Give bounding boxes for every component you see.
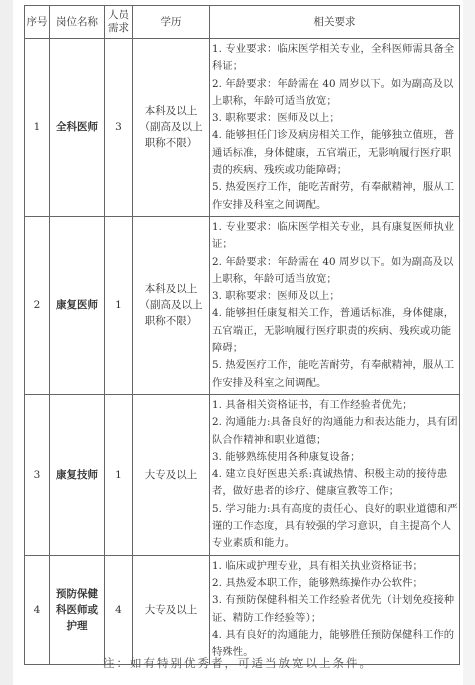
requirement-item: 1. 临床或护理专业，具有相关执业资格证书； xyxy=(212,558,458,575)
requirement-item: 2. 具热爱本职工作，能够熟练操作办公软件； xyxy=(212,575,458,592)
cell-requirements: 1. 专业要求：临床医学相关专业，具有康复医师执业证； 2. 年龄要求：年龄需在… xyxy=(210,216,460,394)
header-position: 岗位名称 xyxy=(50,6,105,39)
requirement-item: 4. 能够担任门诊及病房相关工作，能够独立值班，普通话标准，身体健康，五官端正，… xyxy=(212,127,458,179)
document-page: 序号 岗位名称 人员需求 学历 相关要求 1 全科医师 3 本科及以上（副高及以… xyxy=(13,0,463,685)
cell-position: 康复技师 xyxy=(50,394,105,555)
table-row: 1 全科医师 3 本科及以上（副高及以上职称不限） 1. 专业要求：临床医学相关… xyxy=(25,39,460,217)
cell-index: 4 xyxy=(25,555,50,664)
requirement-item: 3. 职称要求：医师及以上； xyxy=(212,110,458,127)
cell-index: 1 xyxy=(25,39,50,217)
requirement-item: 3. 职称要求：医师及以上； xyxy=(212,288,458,305)
cell-headcount: 4 xyxy=(105,555,133,664)
cell-position: 康复医师 xyxy=(50,216,105,394)
cell-education: 大专及以上 xyxy=(133,555,210,664)
cell-headcount: 1 xyxy=(105,216,133,394)
table-row: 3 康复技师 1 大专及以上 1. 具备相关资格证书，有工作经验者优先； 2. … xyxy=(25,394,460,555)
requirement-item: 5. 学习能力:具有高度的责任心、良好的职业道德和严谨的工作态度，具有较强的学习… xyxy=(212,501,458,553)
table-row: 4 预防保健科医师或护理 4 大专及以上 1. 临床或护理专业，具有相关执业资格… xyxy=(25,555,460,664)
header-education: 学历 xyxy=(133,6,210,39)
requirement-item: 2. 沟通能力:具备良好的沟通能力和表达能力，具有团队合作精神和职业道德； xyxy=(212,414,458,449)
requirement-item: 5. 热爱医疗工作，能吃苦耐劳，有奉献精神，服从工作安排及科室之间调配。 xyxy=(212,357,458,392)
table-header-row: 序号 岗位名称 人员需求 学历 相关要求 xyxy=(25,6,460,39)
cell-requirements: 1. 临床或护理专业，具有相关执业资格证书； 2. 具热爱本职工作，能够熟练操作… xyxy=(210,555,460,664)
cell-education: 本科及以上（副高及以上职称不限） xyxy=(133,216,210,394)
requirement-item: 3. 能够熟练使用各种康复设备； xyxy=(212,449,458,466)
cell-headcount: 1 xyxy=(105,394,133,555)
requirement-item: 2. 年龄要求：年龄需在 40 周岁以下。如为副高及以上职称，年龄可适当放宽； xyxy=(212,254,458,289)
requirement-item: 1. 具备相关资格证书，有工作经验者优先； xyxy=(212,397,458,414)
cell-requirements: 1. 专业要求：临床医学相关专业，全科医师需具备全科证； 2. 年龄要求：年龄需… xyxy=(210,39,460,217)
footnote: 注：如有特别优秀者，可适当放宽以上条件。 xyxy=(13,655,463,671)
cell-education: 大专及以上 xyxy=(133,394,210,555)
cell-requirements: 1. 具备相关资格证书，有工作经验者优先； 2. 沟通能力:具备良好的沟通能力和… xyxy=(210,394,460,555)
header-requirements: 相关要求 xyxy=(210,6,460,39)
cell-education: 本科及以上（副高及以上职称不限） xyxy=(133,39,210,217)
requirement-item: 5. 热爱医疗工作，能吃苦耐劳，有奉献精神，服从工作安排及科室之间调配。 xyxy=(212,179,458,214)
cell-headcount: 3 xyxy=(105,39,133,217)
cell-position: 全科医师 xyxy=(50,39,105,217)
requirement-item: 3. 有预防保健科相关工作经验者优先（计划免疫接种证、精防工作经验等）； xyxy=(212,592,458,627)
requirement-item: 1. 专业要求：临床医学相关专业，全科医师需具备全科证； xyxy=(212,41,458,76)
cell-position: 预防保健科医师或护理 xyxy=(50,555,105,664)
header-headcount: 人员需求 xyxy=(105,6,133,39)
requirement-item: 4. 能够担任康复相关工作，普通话标准，身体健康，五官端正，无影响履行医疗职责的… xyxy=(212,305,458,357)
header-index: 序号 xyxy=(25,6,50,39)
requirement-item: 4. 建立良好医患关系:真诚热情、积极主动的接待患者，做好患者的诊疗、健康宣教等… xyxy=(212,466,458,501)
job-requirements-table: 序号 岗位名称 人员需求 学历 相关要求 1 全科医师 3 本科及以上（副高及以… xyxy=(24,5,460,665)
requirement-item: 2. 年龄要求：年龄需在 40 周岁以下。如为副高及以上职称，年龄可适当放宽； xyxy=(212,76,458,111)
cell-index: 3 xyxy=(25,394,50,555)
requirement-item: 1. 专业要求：临床医学相关专业，具有康复医师执业证； xyxy=(212,219,458,254)
page-margin xyxy=(463,0,475,685)
cell-index: 2 xyxy=(25,216,50,394)
table-row: 2 康复医师 1 本科及以上（副高及以上职称不限） 1. 专业要求：临床医学相关… xyxy=(25,216,460,394)
